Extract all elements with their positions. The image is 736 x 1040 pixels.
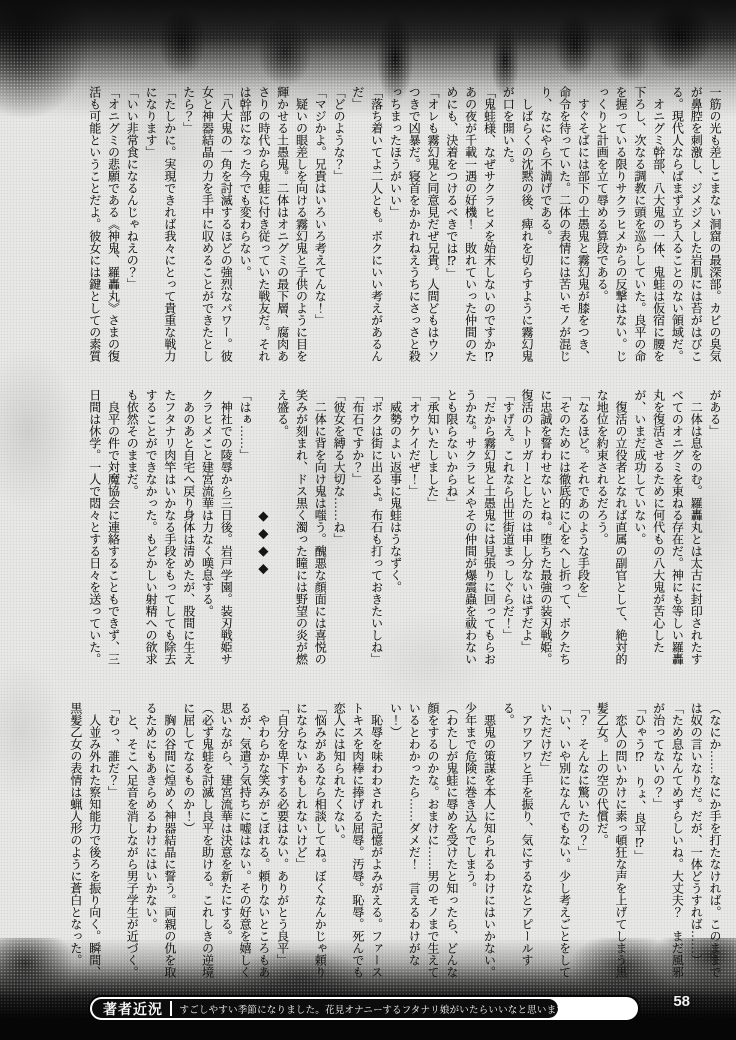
story-paragraph: 恋人の問いかけに素っ頓狂な声を上げてしまう黒髪乙女。上の空の代償だ。 — [592, 702, 630, 985]
story-paragraph: ◆◆◆◆ — [254, 389, 273, 672]
story-paragraph: （わたしが鬼蛙に辱めを受けたと知ったら、どんな顔をするのかな。おまけに……男のモ… — [386, 702, 461, 985]
author-note-label: 著者近況 — [92, 999, 170, 1018]
story-paragraph: 「オニグミの悲願である《神鬼、羅轟丸》さまの復活も可能ということだよ。彼女には鍵… — [85, 86, 123, 369]
author-note-ink: 著者近況 すごしやすい季節になりました。花見オナニーするフタナリ娘がいたらいいな… — [92, 999, 558, 1018]
story-paragraph: 人並み外れた察知能力で後ろを振り向く。瞬間、黒髪乙女の表情は蝋人形のように蒼白と… — [66, 702, 104, 985]
story-paragraph: 「マジかよ。兄貴はいろいろ考えてんな！」 — [310, 86, 329, 369]
story-paragraph: 復活の立役者となれば直属の副官として、絶対的な地位を約束されるだろう。 — [592, 389, 630, 672]
story-paragraph: 二体は息をのむ。羅轟丸とは太古に封印されたすべてのオニグミを束ねる存在だ。神にも… — [630, 389, 705, 672]
story-paragraph: 「そのためには徹底的に心をへし折って、ボクたちに忠誠を誓わせないとね。堕ちた最強… — [517, 389, 573, 672]
story-paragraph: 神社での陵辱から三日後。岩戸学園。装刃戦姫サクラヒメこと建宮流華は力なく嘆息する… — [198, 389, 236, 672]
story-paragraph: 「むっ、誰だ？」 — [104, 702, 123, 985]
story-paragraph: 「承知いたしました」 — [423, 389, 442, 672]
story-paragraph: オニグミ幹部、八大鬼の一体、鬼蛙は仮宿に腰を下ろし、次なる調教に頭を巡らしていた… — [592, 86, 667, 369]
story-paragraph: 「ひゃう⁉ りょ、良平⁉」 — [630, 702, 649, 985]
story-paragraph: 「彼女を縛る大切な……ね」 — [329, 389, 348, 672]
author-note-text: すごしやすい季節になりました。花見オナニーするフタナリ娘がいたらいいなと思います… — [172, 1002, 559, 1016]
story-paragraph: 恥辱を味わわされた記憶がよみがえる。ファーストキスを肉棒に捧げる屈辱。汚辱。恥辱… — [329, 702, 385, 985]
story-paragraph: 「オレも霧幻鬼と同意見だぜ兄貴。人間どもはウソつきで凶暴だ。寝首をかかれねえうち… — [386, 86, 442, 369]
story-paragraph: アワアワと手を振り、気にするなとアピールする。 — [498, 702, 536, 985]
story-paragraph: 「自分を卑下する必要はない。ありがとう良平」 — [273, 702, 292, 985]
story-paragraph: 胸の谷間に煌めく神器結晶に誓う。両親の仇を取るためにもあきらめるわけにはいかない… — [141, 702, 179, 985]
story-paragraph: 威勢のよい返事に鬼蛙はうなずく。 — [386, 389, 405, 672]
text-band-3: （なにか……なにか手を打たなければ。このままでは奴の言いなりだ。だが、一体どうす… — [60, 702, 724, 985]
story-paragraph: 「八大鬼の一角を討滅するほどの強烈なパワー。彼女と神器結晶の力を手中に収めること… — [179, 86, 235, 369]
story-paragraph: 「なるほど。それであのような手段を」 — [574, 389, 593, 672]
story-paragraph: 「落ち着いてよ二人とも。ボクにいい考えがあるんだ」 — [348, 86, 386, 369]
story-paragraph: 「い、いや別になんでもない。少し考えごとをしていただけだ」 — [536, 702, 574, 985]
story-paragraph: 「いい非常食になるんじゃねえの？」 — [123, 86, 142, 369]
story-paragraph: 悪鬼の策謀を本人に知られるわけにはいかない。少年まで危険に巻き込んでしまう。 — [461, 702, 499, 985]
story-paragraph: 「どのような？」 — [329, 86, 348, 369]
story-paragraph: しばらくの沈黙の後、痺れを切らすように霧幻鬼が口を開いた。 — [498, 86, 536, 369]
story-paragraph: 「鬼蛙様、なぜサクラヒメを始末しないのですか⁉ あの夜が千載一遇の好機！ 敗れて… — [442, 86, 498, 369]
story-paragraph: あのあと自宅へ戻り身体は清めたが、股間に生えたフタナリ肉竿はいかなる手段をもって… — [123, 389, 198, 672]
story-paragraph: すぐそばには部下の土愚鬼と霧幻鬼が膝をつき、命令を待っていた。二体の表情には苦い… — [536, 86, 592, 369]
story-paragraph: 「はぁ……」 — [235, 389, 254, 672]
story-paragraph: （なにか……なにか手を打たなければ。このままでは奴の言いなりだ。だが、一体どうす… — [686, 702, 724, 985]
story-paragraph: （必ず鬼蛙を討滅し良平を助ける。これしきの逆境に屈してなるものか！） — [179, 702, 217, 985]
story-paragraph: 「すげえ。これなら出世街道まっしぐらだ！」 — [498, 389, 517, 672]
story-paragraph: と、そこへ足音を消しながら男子学生が近づく。 — [123, 702, 142, 985]
story-paragraph: 疑いの眼差しを向ける霧幻鬼と子供のように目を輝かせる土愚鬼。二体はオニグミの最下… — [235, 86, 310, 369]
story-paragraph: 二体に背を向け鬼は嗤う。醜悪な顔面には喜悦の笑みが刻まれ、ドス黒く濁った瞳には野… — [273, 389, 329, 672]
story-paragraph: 「だから霧幻鬼と土愚鬼には見張りに回ってもらおうかな。サクラヒメやその仲間が爆震… — [442, 389, 498, 672]
story-paragraph: 良平の件で対魔協会に連絡することもできず、三日間は休学。一人で悶々とする日々を送… — [85, 389, 123, 672]
story-paragraph: 「悩みがあるなら相談してね。ぼくなんかじゃ頼りにならないかもしれないけど」 — [292, 702, 330, 985]
story-paragraph: がある」 — [705, 389, 724, 672]
page-number: 58 — [673, 993, 690, 1010]
story-paragraph: やわらかな笑みがこぼれる。頼りないところもあるが、気遣う気持ちに嘘はない。その好… — [216, 702, 272, 985]
story-paragraph: 「ボクは街に出るよ。布石も打っておきたいしね」 — [367, 389, 386, 672]
story-paragraph: 「オウケイだぜ！」 — [404, 389, 423, 672]
author-note-bar: 著者近況 すごしやすい季節になりました。花見オナニーするフタナリ娘がいたらいいな… — [88, 995, 640, 1022]
story-paragraph: 「布石ですか？」 — [348, 389, 367, 672]
text-band-1: 一筋の光も差しこまない洞窟の最深部。カビの臭気が鼻腔を刺激し、ジメジメした岩肌に… — [60, 86, 724, 369]
text-band-2: がある」 二体は息をのむ。羅轟丸とは太古に封印されたすべてのオニグミを束ねる存在… — [60, 389, 724, 672]
story-paragraph: 「ため息なんてめずらしいね。大丈夫？ まだ風邪が治ってないの？」 — [649, 702, 687, 985]
story-paragraph: 「たしかに。実現できれば我々にとって貴重な戦力になります」 — [141, 86, 179, 369]
story-paragraph: 「？ そんなに驚いたの？」 — [574, 702, 593, 985]
story-paragraph: 一筋の光も差しこまない洞窟の最深部。カビの臭気が鼻腔を刺激し、ジメジメした岩肌に… — [668, 86, 724, 369]
novel-page: 一筋の光も差しこまない洞窟の最深部。カビの臭気が鼻腔を刺激し、ジメジメした岩肌に… — [0, 0, 736, 1040]
